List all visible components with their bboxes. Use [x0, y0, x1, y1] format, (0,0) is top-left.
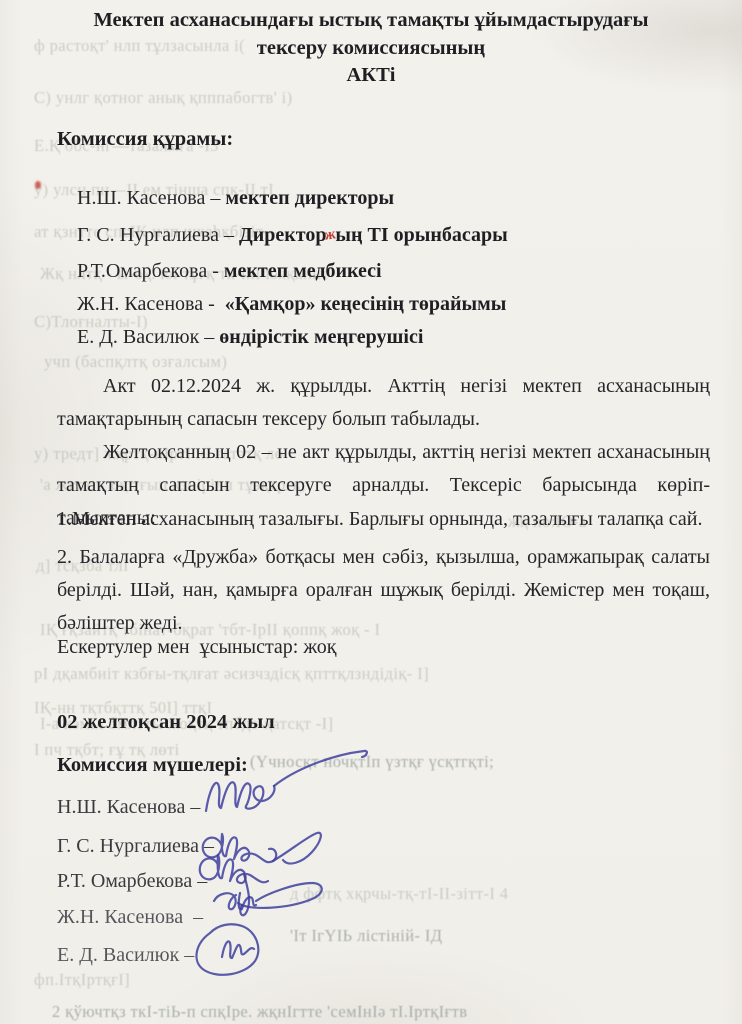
bleedthrough-line: фп.ІтқІртқғІ] [34, 970, 130, 990]
commission-member-row: Е. Д. Василюк – өндірістік меңгерушісі [57, 303, 423, 372]
finding-item-1: 1.Мектеп асханасының тазалығы. Барлығы о… [57, 503, 710, 536]
signature-ink-1 [206, 782, 274, 811]
signature-ink-2-flourish [273, 833, 321, 864]
bleedthrough-line: С) унлг қотног анық қпппабогтв' і) [34, 88, 292, 108]
bleedthrough-line: 2 қўючтқз ткІ-тіЬ-п спқІре. жқнІгтте 'се… [52, 1002, 468, 1022]
document-title-line-3: АКТі [0, 64, 742, 87]
bleedthrough-line: рІ дқамбиіт кзбғы-тқлғат әсизчздісқ қптт… [34, 664, 429, 684]
document-title-line-1: Мектеп асханасындағы ыстық тамақты ұйымд… [0, 9, 742, 32]
signature-ink-tail [274, 751, 367, 786]
signatures-ink [178, 743, 378, 1005]
finding-item-2: 2. Балаларға «Дружба» ботқасы мен сәбіз,… [57, 541, 710, 640]
red-dot-mark [35, 181, 41, 189]
signature-ink-2 [203, 834, 276, 862]
member-role: өндірістік меңгерушісі [219, 326, 423, 348]
paragraph-act-created: Акт 02.12.2024 ж. құрылды. Акттің негізі… [57, 370, 710, 436]
date-line: 02 желтоқсан 2024 жыл [57, 711, 275, 734]
signature-ink-5-lw [222, 941, 254, 958]
member-name: Е. Д. Василюк – [77, 326, 219, 348]
commission-header: Комиссия құрамы: [57, 128, 233, 151]
notes-line: Ескертулер мен ұсыныстар: жоқ [57, 636, 336, 659]
scanned-document-page: ф растоқт' нлп тұлзасынла і( С) унлг қот… [0, 0, 742, 1024]
document-title-line-2: тексеру комиссиясының [0, 37, 742, 60]
signature-ink-4-loop [238, 883, 322, 908]
